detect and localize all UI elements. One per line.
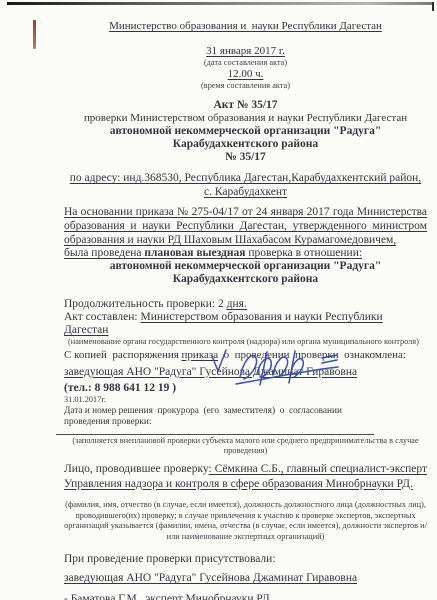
red-pen-mark [33,20,36,49]
act-number: № 35/17 [64,151,427,164]
duration-line: Продолжительность проверки: 2 дня. [64,298,427,311]
scanned-document-page: Министерство образования и науки Республ… [0,0,437,600]
signature-checkmark [212,350,226,371]
duration-label: Продолжительность проверки: 2 [64,298,227,310]
attendees-label: При проведение проверки присутствовали: [64,552,427,566]
attendee-2: - Баматова Г.М., эксперт Минобрнауки РД [64,592,427,600]
basis-paragraph: На основании приказа № 275-04/17 от 24 я… [64,205,427,247]
conducted-suffix: проверка в отношении: [245,247,362,259]
conducted-type: плановая выездная [144,247,245,259]
sign-date: 31.01.2017г. [64,395,427,405]
inspector-paragraph: Лицо, проводившее проверку: Сёмкина С.Б.… [64,462,427,491]
act-date: 31 января 2017 г. [64,45,427,58]
act-date-caption: (дата составления акта) [64,58,427,68]
act-subtitle: проверки Министерством образования и нау… [64,112,427,125]
copy-prefix: С копией распоряжения [64,349,182,361]
ministry-title-text: Министерство образования и науки Республ… [109,20,382,32]
act-composed-line: Акт составлен: Министерством образования… [64,311,427,337]
scan-corner-tick [432,2,434,11]
address-line-1-text: по адресу: инд.368530, Республика Дагест… [70,172,421,184]
ministry-title: Министерство образования и науки Республ… [64,20,427,33]
duration-value: дня. [227,298,247,310]
subject-district: Карабудахкентского района [64,273,427,286]
address-line-2-text: с. Карабудахкент [204,186,287,198]
attendee-2-text: - Баматова Г.М., эксперт Минобрнауки РД [64,593,270,600]
prosecutor-line-1: Дата и номер решения прокурора (его заме… [64,406,427,417]
document-body: Министерство образования и науки Республ… [64,20,427,600]
scan-edge-artifact [7,2,432,5]
subject-organization: автономной некоммерческой организации "Р… [64,260,427,273]
prosecutor-line-2: проведения проверки: [64,417,427,428]
act-title: Акт № 35/17 [64,99,427,112]
inspector-caption: (фамилия, имя, отчество (в случае, если … [64,500,427,542]
composed-label: Акт составлен: [64,311,141,323]
blank-field-line [56,428,374,435]
attendee-1-text: заведующая АНО "Радуга" Гусейнова Джамин… [64,572,357,584]
act-date-value: 31 января 2017 г. [206,45,285,57]
act-time-value: 12.00 ч. [228,68,264,80]
act-district: Карабудахкентского района [64,138,427,151]
composed-caption: (наименование органа государственного ко… [64,337,427,347]
blank-field-caption-1: (заполняется внеплановой проверки субъек… [64,436,427,446]
conducted-prefix: была проведена [64,247,144,259]
conducted-line: была проведена плановая выездная проверк… [64,247,427,260]
act-time: 12.00 ч.​ [64,68,427,81]
attendee-1: заведующая АНО "Радуга" Гусейнова Джамин… [64,571,427,585]
address-line-1: по адресу: инд.368530, Республика Дагест… [64,171,427,185]
blank-field-caption-2: проведения) [64,446,427,456]
address-line-2: с. Карабудахкент [64,185,427,199]
handwritten-signature [210,347,342,391]
act-time-caption: (время составления акта) [64,81,427,91]
inspector-label: Лицо, проводившее проверку [64,463,209,475]
act-organization: автономной некоммерческой организации "Р… [64,125,427,138]
